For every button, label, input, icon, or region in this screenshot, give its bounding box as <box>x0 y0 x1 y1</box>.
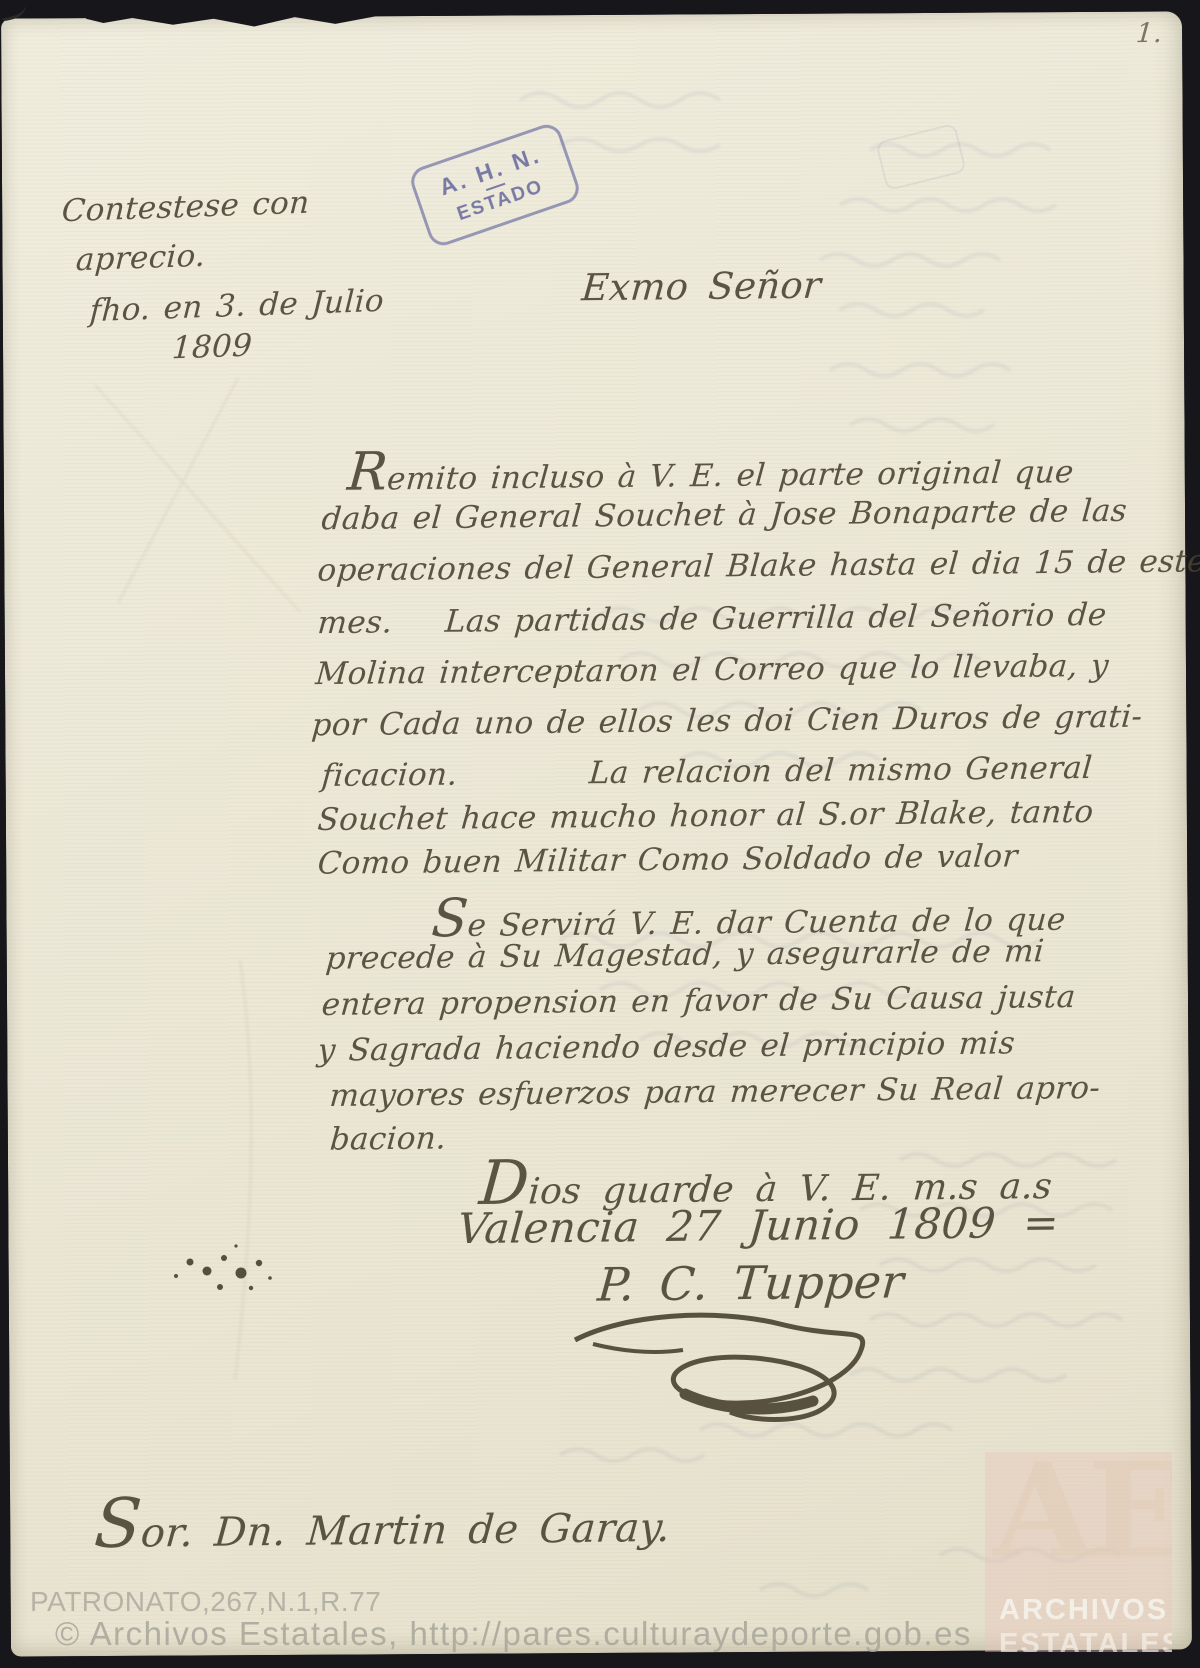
manuscript-line: operaciones del General Blake hasta el d… <box>316 546 1200 586</box>
manuscript-line: precede à Su Magestad, y asegurarle de m… <box>324 936 1045 975</box>
manuscript-line: mes. Las partidas de Guerrilla del Señor… <box>316 600 1107 639</box>
manuscript-line: y Sagrada haciendo desde el principio mi… <box>317 1028 1017 1066</box>
addressee-line: Sor. Dn. Martin de Garay. <box>92 1485 673 1559</box>
manuscript-line: 1809 <box>171 331 253 365</box>
dateline: Valencia 27 Junio 1809 = <box>456 1202 1060 1250</box>
ae-logo-monogram: AE <box>993 1452 1172 1587</box>
watermark-reference: PATRONATO,267,N.1,R.77 <box>30 1586 381 1618</box>
manuscript-line: daba el General Souchet à Jose Bonaparte… <box>320 496 1128 535</box>
ae-logo-text-line1: ARCHIVOS <box>999 1594 1168 1627</box>
scanned-document: 1. A. H. N. ESTADO Contestese conaprecio… <box>0 0 1200 1668</box>
manuscript-line: bacion. <box>329 1123 448 1155</box>
manuscript-line: Souchet hace mucho honor al S.or Blake, … <box>316 797 1094 836</box>
salutation: Exmo Señor <box>580 267 822 307</box>
manuscript-line: entera propension en favor de Su Causa j… <box>320 982 1076 1021</box>
watermark-copyright: © Archivos Estatales, http://pares.cultu… <box>55 1615 972 1653</box>
manuscript-line: mayores esfuerzos para merecer Su Real a… <box>328 1073 1101 1112</box>
manuscript-line: aprecio. <box>75 241 206 276</box>
manuscript-line: Contestese con <box>61 188 310 228</box>
manuscript-line: Como buen Militar Como Soldado de valor <box>317 841 1019 879</box>
signature: P. C. Tupper <box>596 1258 905 1307</box>
manuscript-line: por Cada uno de ellos les doi Cien Duros… <box>310 702 1143 742</box>
manuscript-line: Molina interceptaron el Correo que lo ll… <box>314 651 1109 690</box>
folio-number: 1. <box>1135 20 1163 47</box>
manuscript-line: ficacion. La relacion del mismo General <box>320 753 1093 792</box>
ae-logo-text-line2: ESTATALES <box>999 1628 1172 1652</box>
archivos-estatales-logo: AE ARCHIVOS ESTATALES <box>985 1452 1172 1652</box>
manuscript-line: Remito incluso à V. E. el parte original… <box>346 439 1077 499</box>
